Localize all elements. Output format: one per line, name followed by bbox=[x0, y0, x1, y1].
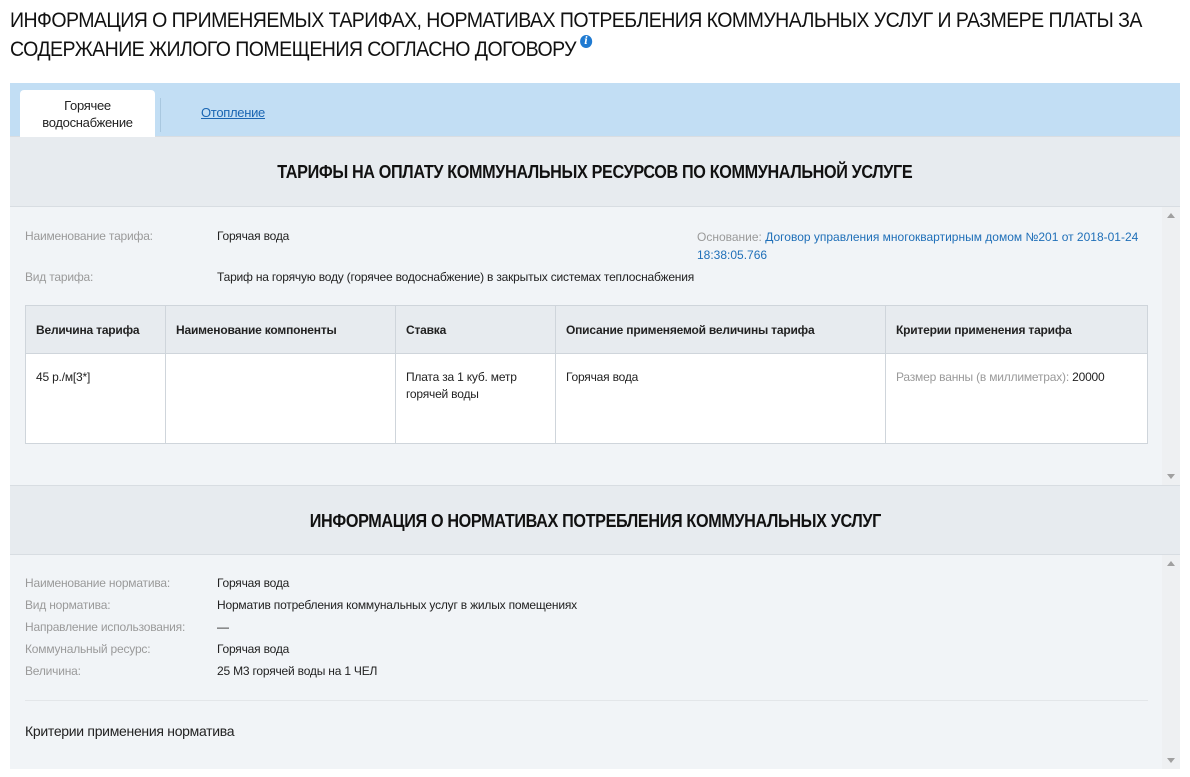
tariff-basis: Основание: Договор управления многокварт… bbox=[697, 228, 1147, 264]
norm-name-label: Наименование норматива: bbox=[25, 576, 170, 590]
cell-description: Горячая вода bbox=[556, 354, 886, 444]
criteria-label: Размер ванны (в миллиметрах): bbox=[896, 370, 1069, 384]
tariff-name-label: Наименование тарифа: bbox=[25, 229, 153, 243]
tariff-name-value: Горячая вода bbox=[217, 229, 289, 243]
col-rate: Ставка bbox=[396, 306, 556, 354]
norm-criteria-title: Критерии применения норматива bbox=[25, 723, 234, 739]
service-tabs: Горячее водоснабжение Отопление bbox=[10, 83, 1180, 137]
norm-usage-label: Направление использования: bbox=[25, 620, 185, 634]
cell-criteria: Размер ванны (в миллиметрах): 20000 bbox=[886, 354, 1148, 444]
col-description: Описание применяемой величины тарифа bbox=[556, 306, 886, 354]
scroll-down-arrow-icon[interactable] bbox=[1167, 758, 1175, 763]
tariff-table: Величина тарифа Наименование компоненты … bbox=[25, 305, 1148, 444]
tab-heating[interactable]: Отопление bbox=[201, 105, 265, 120]
cell-rate: Плата за 1 куб. метр горячей воды bbox=[396, 354, 556, 444]
scroll-up-arrow-icon[interactable] bbox=[1167, 561, 1175, 566]
norm-type-label: Вид норматива: bbox=[25, 598, 110, 612]
tariffs-section-title: ТАРИФЫ НА ОПЛАТУ КОММУНАЛЬНЫХ РЕСУРСОВ П… bbox=[277, 137, 912, 207]
tariff-table-header: Величина тарифа Наименование компоненты … bbox=[26, 306, 1148, 354]
table-row: 45 р./м[3*] Плата за 1 куб. метр горячей… bbox=[26, 354, 1148, 444]
norm-usage-value: — bbox=[217, 620, 229, 634]
norms-section-header: ИНФОРМАЦИЯ О НОРМАТИВАХ ПОТРЕБЛЕНИЯ КОММ… bbox=[10, 485, 1180, 555]
norms-section-title: ИНФОРМАЦИЯ О НОРМАТИВАХ ПОТРЕБЛЕНИЯ КОММ… bbox=[309, 486, 880, 556]
norm-amount-label: Величина: bbox=[25, 664, 81, 678]
basis-label: Основание: bbox=[697, 230, 762, 244]
scroll-up-arrow-icon[interactable] bbox=[1167, 213, 1175, 218]
norm-amount-value: 25 М3 горячей воды на 1 ЧЕЛ bbox=[217, 664, 377, 678]
tab-divider bbox=[160, 98, 161, 132]
cell-component-name bbox=[166, 354, 396, 444]
tariff-type-label: Вид тарифа: bbox=[25, 270, 93, 284]
tariff-type-value: Тариф на горячую воду (горячее водоснабж… bbox=[217, 270, 694, 284]
norms-panel: Наименование норматива: Горячая вода Вид… bbox=[10, 555, 1180, 769]
tab-hot-water[interactable]: Горячее водоснабжение bbox=[20, 90, 155, 137]
norms-scrollbar[interactable] bbox=[1162, 555, 1180, 769]
criteria-value: 20000 bbox=[1072, 370, 1104, 384]
col-tariff-value: Величина тарифа bbox=[26, 306, 166, 354]
norm-name-value: Горячая вода bbox=[217, 576, 289, 590]
tariffs-scrollbar[interactable] bbox=[1162, 207, 1180, 485]
info-icon[interactable]: i bbox=[580, 35, 592, 48]
norm-resource-value: Горячая вода bbox=[217, 642, 289, 656]
norm-resource-label: Коммунальный ресурс: bbox=[25, 642, 150, 656]
col-criteria: Критерии применения тарифа bbox=[886, 306, 1148, 354]
scroll-down-arrow-icon[interactable] bbox=[1167, 474, 1175, 479]
tariffs-panel: Наименование тарифа: Горячая вода Вид та… bbox=[10, 207, 1180, 485]
divider bbox=[25, 700, 1148, 701]
page-title: ИНФОРМАЦИЯ О ПРИМЕНЯЕМЫХ ТАРИФАХ, НОРМАТ… bbox=[10, 6, 1154, 64]
tariffs-section-header: ТАРИФЫ НА ОПЛАТУ КОММУНАЛЬНЫХ РЕСУРСОВ П… bbox=[10, 137, 1180, 207]
cell-tariff-value: 45 р./м[3*] bbox=[26, 354, 166, 444]
page-title-text: ИНФОРМАЦИЯ О ПРИМЕНЯЕМЫХ ТАРИФАХ, НОРМАТ… bbox=[10, 9, 1142, 61]
col-component-name: Наименование компоненты bbox=[166, 306, 396, 354]
norm-type-value: Норматив потребления коммунальных услуг … bbox=[217, 598, 577, 612]
basis-contract-link[interactable]: Договор управления многоквартирным домом… bbox=[697, 230, 1138, 262]
